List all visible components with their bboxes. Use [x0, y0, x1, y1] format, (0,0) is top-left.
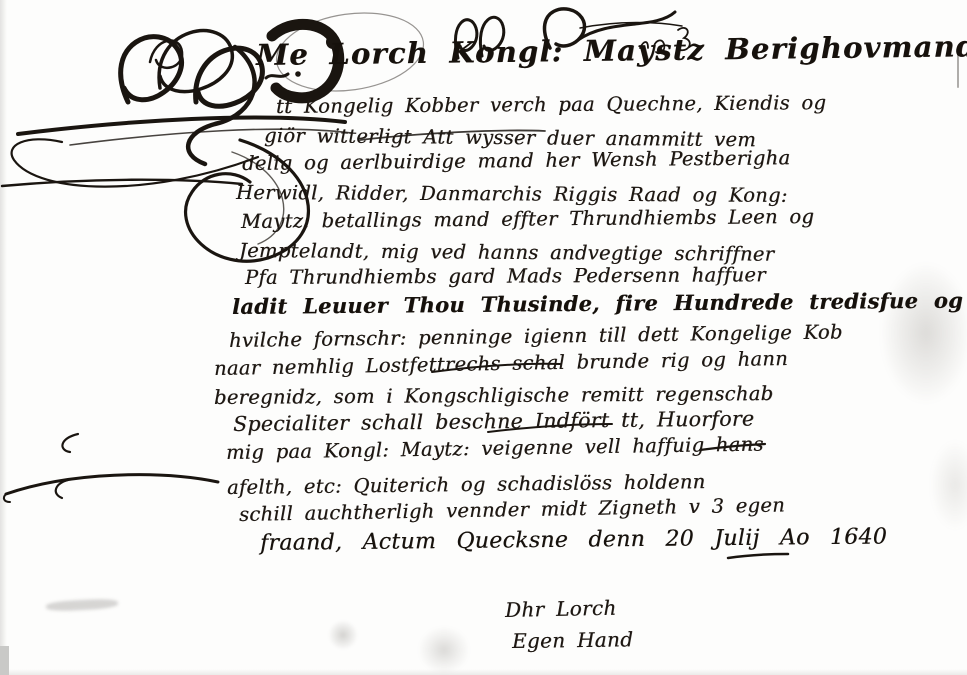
scan-edge-left	[0, 0, 7, 675]
ink-smear	[46, 598, 118, 612]
ink-blot	[328, 620, 358, 650]
margin-marks	[48, 422, 92, 506]
manuscript-line-amount: ladit Leuuer Thou Thusinde, fire Hundred…	[232, 287, 967, 319]
scan-corner-shade	[0, 646, 9, 675]
signature-name: Dhr Lorch	[505, 596, 617, 622]
scan-edge-bottom	[0, 669, 967, 675]
manuscript-line: afelth, etc: Quiterich og schadislöss ho…	[227, 470, 706, 499]
manuscript-date-line: fraand, Actum Quecksne denn 20 Julij Ao …	[260, 524, 887, 556]
manuscript-line: naar nemhlig Lostfettrechs schal brunde …	[214, 347, 788, 380]
manuscript-line: tt Kongelig Kobber verch paa Quechne, Ki…	[276, 91, 826, 118]
manuscript-line: schill auchtherligh vennder midt Zigneth…	[239, 493, 785, 526]
manuscript-page: Me Lorch Kongl: Maystz Berighovmand ofr …	[0, 0, 967, 675]
manuscript-line: beregnidz, som i Kongschligische remitt …	[214, 382, 774, 409]
manuscript-line: Specialiter schall beschne Indfört tt, H…	[233, 407, 755, 436]
margin-dash	[0, 176, 246, 194]
faint-fingerprint-smudge	[418, 626, 470, 674]
manuscript-line: Herwidl, Ridder, Danmarchis Riggis Raad …	[236, 181, 788, 207]
paper-stain	[930, 440, 967, 530]
heading-line: Me Lorch Kongl: Maystz Berighovmand ofr	[256, 28, 967, 72]
signature-own-hand: Egen Hand	[512, 627, 634, 653]
manuscript-line: Jemptelandt, mig ved hanns andvegtige sc…	[239, 239, 774, 266]
manuscript-line: Pfa Thrundhiembs gard Mads Pedersenn haf…	[245, 263, 766, 289]
left-swash	[0, 466, 222, 506]
manuscript-line: Maytz: betallings mand effter Thrundhiem…	[241, 205, 814, 233]
manuscript-line: mig paa Kongl: Maytz: veigenne vell haff…	[226, 433, 764, 464]
paper-stain	[880, 262, 967, 404]
manuscript-line: delig og aerlbuirdige mand her Wensh Pes…	[242, 146, 791, 175]
